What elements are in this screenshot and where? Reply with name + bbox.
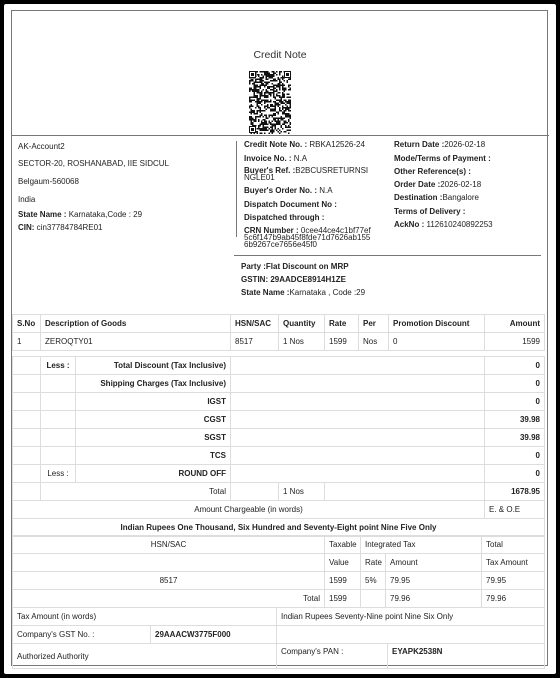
col-sno: S.No <box>13 315 41 333</box>
tax-col-total: Total <box>482 536 545 554</box>
tax-col-hsn-blank <box>13 554 325 572</box>
col-quantity: Quantity <box>279 315 325 333</box>
summary-total-qty: 1 Nos <box>279 483 325 501</box>
summary-total-label: Total <box>41 483 231 501</box>
destination-value: Bangalore <box>442 193 478 202</box>
return-date-label: Return Date : <box>394 140 444 149</box>
summary-blank <box>231 483 279 501</box>
dispatch-document-label: Dispatch Document No : <box>244 200 337 210</box>
eoe-label: E. & O.E <box>485 501 545 519</box>
seller-cin: CIN: cin37784784RE01 <box>18 223 103 233</box>
tax-cell-total: 79.95 <box>482 572 545 590</box>
tax-total-label: Total <box>13 590 325 608</box>
summary-label: Total Discount (Tax Inclusive) <box>76 357 231 375</box>
tax-col-amount: Amount <box>386 554 482 572</box>
cell-promotion-discount: 0 <box>389 333 485 351</box>
pan-label: Company's PAN : <box>277 644 388 669</box>
tax-words-row: Tax Amount (in words) Indian Rupees Seve… <box>13 608 545 626</box>
dispatched-through-label: Dispatched through : <box>244 213 324 223</box>
party-gstin-value: 29AADCE8914H1ZE <box>268 275 346 284</box>
col-description: Description of Goods <box>41 315 231 333</box>
summary-blank <box>231 375 485 393</box>
summary-blank <box>231 447 485 465</box>
seller-cin-value: cin37784784RE01 <box>34 223 102 232</box>
tax-total-row: Total 1599 79.96 79.96 <box>13 590 545 608</box>
gst-label: Company's GST No. : <box>13 626 151 644</box>
summary-value: 0 <box>485 375 545 393</box>
summary-total-row: Total1 Nos1678.95 <box>13 483 545 501</box>
summary-table: Less :Total Discount (Tax Inclusive)0Shi… <box>12 356 545 537</box>
cell-per: Nos <box>359 333 389 351</box>
invoice-number-value: N.A <box>292 154 308 163</box>
summary-value: 39.98 <box>485 429 545 447</box>
summary-blank <box>231 357 485 375</box>
summary-prefix <box>41 411 76 429</box>
seller-cin-label: CIN: <box>18 223 34 232</box>
cell-description: ZEROQTY01 <box>41 333 231 351</box>
order-date-value: 2026-02-18 <box>440 180 481 189</box>
gst-row: Company's GST No. : 29AAACW3775F000 <box>13 626 545 644</box>
summary-row: Less :ROUND OFF0 <box>13 465 545 483</box>
summary-row: SGST39.98 <box>13 429 545 447</box>
summary-prefix <box>41 447 76 465</box>
summary-row: IGST0 <box>13 393 545 411</box>
summary-row: Shipping Charges (Tax Inclusive)0 <box>13 375 545 393</box>
summary-label: CGST <box>76 411 231 429</box>
summary-value: 0 <box>485 447 545 465</box>
summary-blank <box>231 393 485 411</box>
tax-col-tax-amount: Tax Amount <box>482 554 545 572</box>
summary-value: 0 <box>485 357 545 375</box>
summary-row: TCS0 <box>13 447 545 465</box>
summary-blank <box>13 357 41 375</box>
credit-note-number-value: RBKA12526-24 <box>307 140 365 149</box>
buyers-ref: Buyer's Ref. :B2BCUSRETURNSINGLE01 <box>244 167 368 181</box>
seller-state-value: Karnataka,Code : 29 <box>66 210 142 219</box>
seller-state: State Name : Karnataka,Code : 29 <box>18 210 142 220</box>
party-divider <box>234 255 541 256</box>
summary-blank <box>13 429 41 447</box>
summary-total-value: 1678.95 <box>485 483 545 501</box>
buyers-order-label: Buyer's Order No. : <box>244 186 317 195</box>
seller-name: AK-Account2 <box>18 142 65 152</box>
seller-address-line2: Belgaum-560068 <box>18 177 79 187</box>
party-label: Party : <box>241 262 266 271</box>
crn-number: CRN Number : 0cee44ce4c1bf77ef5c6f147b9a… <box>244 227 371 248</box>
summary-blank <box>13 375 41 393</box>
order-date: Order Date :2026-02-18 <box>394 180 481 190</box>
party-state-value: Karnataka , Code :29 <box>289 288 365 297</box>
summary-blank <box>13 447 41 465</box>
summary-value: 0 <box>485 393 545 411</box>
amount-chargeable-label: Amount Chargeable (in words) <box>13 501 485 519</box>
col-per: Per <box>359 315 389 333</box>
table-row: 1 ZEROQTY01 8517 1 Nos 1599 Nos 0 1599 <box>13 333 545 351</box>
tax-cell-rate: 5% <box>361 572 386 590</box>
cell-sno: 1 <box>13 333 41 351</box>
amount-chargeable-row: Amount Chargeable (in words)E. & O.E <box>13 501 545 519</box>
summary-label: ROUND OFF <box>76 465 231 483</box>
summary-prefix <box>41 429 76 447</box>
table-row: 8517 1599 5% 79.95 79.95 <box>13 572 545 590</box>
summary-blank <box>13 483 41 501</box>
cell-hsn: 8517 <box>231 333 279 351</box>
summary-prefix <box>41 393 76 411</box>
tax-cell-taxable: 1599 <box>325 572 361 590</box>
summary-label: SGST <box>76 429 231 447</box>
gst-value: 29AAACW3775F000 <box>151 626 277 644</box>
gst-blank <box>277 626 545 644</box>
summary-label: IGST <box>76 393 231 411</box>
summary-blank <box>13 465 41 483</box>
buyers-ref-value: B2BCUSRETURNSI <box>295 166 368 175</box>
summary-label: Shipping Charges (Tax Inclusive) <box>76 375 231 393</box>
tax-col-integrated: Integrated Tax <box>361 536 482 554</box>
col-promotion-discount: Promotion Discount <box>389 315 485 333</box>
authority-row: Authorized Authority Company's PAN : EYA… <box>13 644 545 669</box>
document-title: Credit Note <box>0 49 560 61</box>
summary-value: 0 <box>485 465 545 483</box>
amount-words-row: Indian Rupees One Thousand, Six Hundred … <box>13 519 545 537</box>
cell-rate: 1599 <box>325 333 359 351</box>
authorized-authority-label: Authorized Authority <box>13 644 277 669</box>
tax-cell-hsn: 8517 <box>13 572 325 590</box>
summary-value: 39.98 <box>485 411 545 429</box>
tax-header-row-2: Value Rate Amount Tax Amount <box>13 554 545 572</box>
summary-blank <box>231 429 485 447</box>
tax-total-amount: 79.96 <box>386 590 482 608</box>
pan-value: EYAPK2538N <box>388 644 545 669</box>
tax-words-label: Tax Amount (in words) <box>13 608 277 626</box>
tax-total-taxable: 1599 <box>325 590 361 608</box>
footer-table: Tax Amount (in words) Indian Rupees Seve… <box>12 607 545 669</box>
crn-value-line3: 6b9267ce7656e45f0 <box>244 240 317 249</box>
return-date-value: 2026-02-18 <box>444 140 485 149</box>
summary-prefix <box>41 375 76 393</box>
summary-blank <box>231 411 485 429</box>
header-divider <box>12 135 549 136</box>
ack-number-label: AckNo : <box>394 220 424 229</box>
cell-quantity: 1 Nos <box>279 333 325 351</box>
col-amount: Amount <box>485 315 545 333</box>
credit-note-number-label: Credit Note No. : <box>244 140 307 149</box>
destination-label: Destination : <box>394 193 442 202</box>
items-header-row: S.No Description of Goods HSN/SAC Quanti… <box>13 315 545 333</box>
party-state-label: State Name : <box>241 288 289 297</box>
buyers-order-value: N.A <box>317 186 333 195</box>
summary-label: TCS <box>76 447 231 465</box>
summary-blank <box>325 483 485 501</box>
seller-divider <box>236 141 237 237</box>
summary-prefix: Less : <box>41 357 76 375</box>
tax-col-value: Value <box>325 554 361 572</box>
invoice-number-label: Invoice No. : <box>244 154 292 163</box>
tax-cell-amount: 79.95 <box>386 572 482 590</box>
party-state: State Name :Karnataka , Code :29 <box>241 288 365 298</box>
summary-blank <box>231 465 485 483</box>
summary-row: CGST39.98 <box>13 411 545 429</box>
terms-of-delivery-label: Terms of Delivery : <box>394 207 465 217</box>
party-gstin-label: GSTIN: <box>241 275 268 284</box>
summary-blank <box>13 411 41 429</box>
col-hsn: HSN/SAC <box>231 315 279 333</box>
ack-number-value: 112610240892253 <box>424 220 492 229</box>
tax-header-row-1: HSN/SAC Taxable Integrated Tax Total <box>13 536 545 554</box>
cell-amount: 1599 <box>485 333 545 351</box>
other-reference-label: Other Reference(s) : <box>394 167 471 177</box>
ack-number: AckNo : 112610240892253 <box>394 220 493 230</box>
buyers-order-number: Buyer's Order No. : N.A <box>244 186 333 196</box>
invoice-number: Invoice No. : N.A <box>244 154 307 164</box>
tax-col-rate: Rate <box>361 554 386 572</box>
payment-terms-label: Mode/Terms of Payment : <box>394 154 491 164</box>
tax-total-total: 79.96 <box>482 590 545 608</box>
summary-prefix: Less : <box>41 465 76 483</box>
amount-in-words: Indian Rupees One Thousand, Six Hundred … <box>13 519 545 537</box>
tax-total-rate <box>361 590 386 608</box>
seller-address-line1: SECTOR-20, ROSHANABAD, IIE SIDCUL <box>18 159 169 169</box>
summary-row: Less :Total Discount (Tax Inclusive)0 <box>13 357 545 375</box>
party-gstin: GSTIN: 29AADCE8914H1ZE <box>241 275 346 285</box>
party-name: Party :Flat Discount on MRP <box>241 262 349 272</box>
tax-col-hsn: HSN/SAC <box>13 536 325 554</box>
return-date: Return Date :2026-02-18 <box>394 140 485 150</box>
seller-state-label: State Name : <box>18 210 66 219</box>
party-value: Flat Discount on MRP <box>266 262 349 271</box>
tax-table: HSN/SAC Taxable Integrated Tax Total Val… <box>12 535 545 608</box>
order-date-label: Order Date : <box>394 180 440 189</box>
buyers-ref-value-cont: NGLE01 <box>244 173 275 182</box>
tax-words-value: Indian Rupees Seventy-Nine point Nine Si… <box>277 608 545 626</box>
col-rate: Rate <box>325 315 359 333</box>
qr-code-icon <box>249 70 291 134</box>
tax-col-taxable: Taxable <box>325 536 361 554</box>
summary-blank <box>13 393 41 411</box>
items-table: S.No Description of Goods HSN/SAC Quanti… <box>12 314 545 351</box>
credit-note-number: Credit Note No. : RBKA12526-24 <box>244 140 365 150</box>
destination: Destination :Bangalore <box>394 193 479 203</box>
seller-country: India <box>18 195 35 205</box>
